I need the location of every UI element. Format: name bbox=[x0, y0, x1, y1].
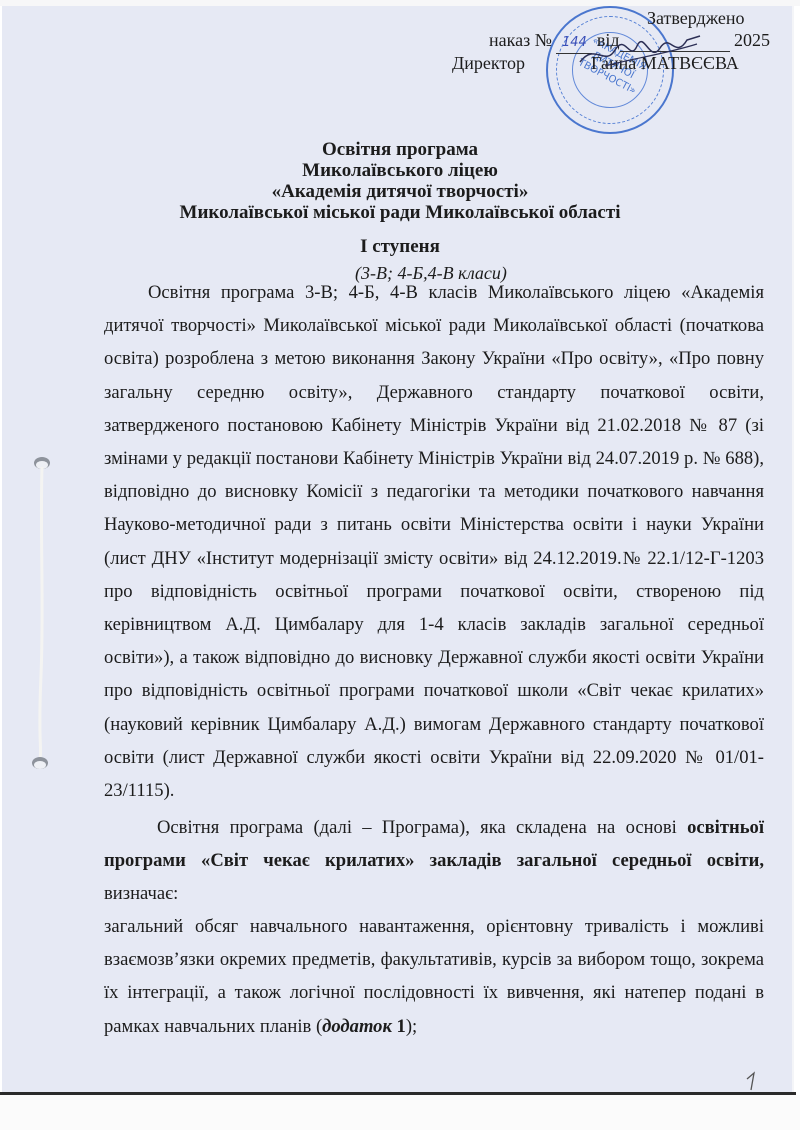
scan-margin bbox=[0, 1095, 800, 1130]
title-line-3: «Академія дитячої творчості» bbox=[0, 181, 800, 202]
education-level: І ступеня bbox=[0, 236, 800, 258]
title-line-1: Освітня програма bbox=[0, 139, 800, 160]
paragraph-2-text: Освітня програма (далі – Програма), яка … bbox=[157, 817, 687, 838]
appendix-number: 1 bbox=[392, 1016, 406, 1037]
paragraph-3-end: ); bbox=[406, 1016, 417, 1037]
signature-icon bbox=[575, 32, 705, 72]
paragraph-2-end: визначає: bbox=[104, 883, 178, 904]
paragraph-1: Освітня програма 3-В; 4-Б, 4-В класів Ми… bbox=[104, 276, 764, 807]
order-prefix: наказ № bbox=[489, 30, 552, 50]
director-position: Директор bbox=[452, 53, 525, 73]
paragraph-2: Освітня програма (далі – Програма), яка … bbox=[104, 811, 764, 911]
document-title: Освітня програма Миколаївського ліцею «А… bbox=[0, 139, 800, 223]
paragraph-3: загальний обсяг навчального навантаження… bbox=[104, 910, 764, 1043]
order-year: 2025 bbox=[734, 30, 770, 50]
page-number bbox=[744, 1070, 760, 1092]
approved-label: Затверджено bbox=[647, 8, 745, 29]
title-line-2: Миколаївського ліцею bbox=[0, 160, 800, 181]
title-line-4: Миколаївської міської ради Миколаївської… bbox=[0, 202, 800, 223]
appendix-ref: додаток bbox=[322, 1016, 392, 1037]
binding-thread bbox=[28, 455, 60, 775]
paragraph-3-text: загальний обсяг навчального навантаження… bbox=[104, 916, 764, 1037]
